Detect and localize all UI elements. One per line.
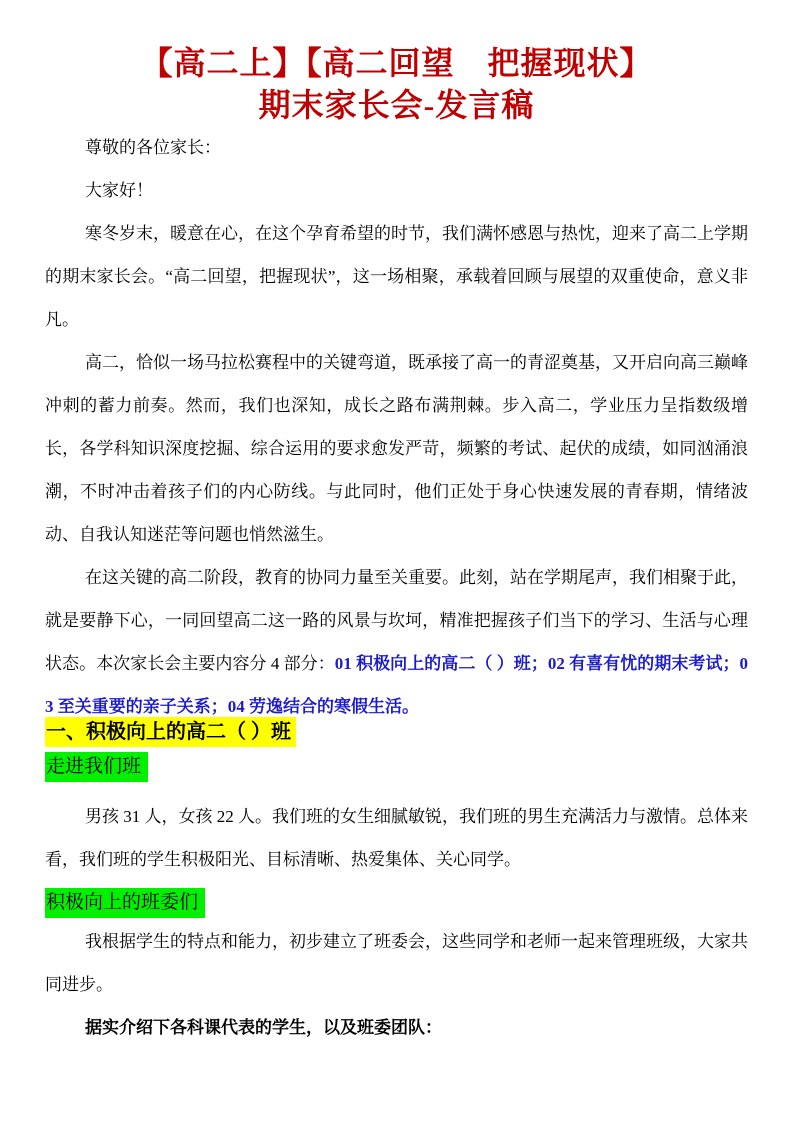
document-content: 【高二上】【高二回望 把握现状】 期末家长会-发言稿 尊敬的各位家长： 大家好！… xyxy=(0,42,793,1049)
subheading-meet-our-class-highlight: 走进我们班 xyxy=(45,752,148,782)
document-page: 【高二上】【高二回望 把握现状】 期末家长会-发言稿 尊敬的各位家长： 大家好！… xyxy=(0,0,793,1122)
document-title-line2: 期末家长会-发言稿 xyxy=(45,84,748,126)
document-title: 【高二上】【高二回望 把握现状】 期末家长会-发言稿 xyxy=(45,42,748,126)
committee-intro-bold-note: 据实介绍下各科课代表的学生，以及班委团队： xyxy=(45,1006,748,1049)
intro-paragraph-2: 高二，恰似一场马拉松赛程中的关键弯道，既承接了高一的青涩奠基，又开启向高三巅峰冲… xyxy=(45,341,748,556)
hello-line: 大家好！ xyxy=(45,169,748,212)
section-1-heading-highlight: 一、积极向上的高二（ ）班 xyxy=(45,717,296,747)
intro-paragraph-3: 在这关键的高二阶段，教育的协同力量至关重要。此刻，站在学期尾声，我们相聚于此，就… xyxy=(45,556,748,728)
salutation-line: 尊敬的各位家长： xyxy=(45,126,748,169)
subheading-class-committee: 积极向上的班委们 xyxy=(45,888,748,918)
intro-paragraph-1: 寒冬岁末，暖意在心，在这个孕育希望的时节，我们满怀感恩与热忱，迎来了高二上学期的… xyxy=(45,212,748,341)
subheading-class-committee-highlight: 积极向上的班委们 xyxy=(45,888,205,918)
committee-paragraph: 我根据学生的特点和能力，初步建立了班委会，这些同学和老师一起来管理班级，大家共同… xyxy=(45,920,748,1006)
class-profile-paragraph: 男孩 31 人，女孩 22 人。我们班的女生细腻敏锐，我们班的男生充满活力与激情… xyxy=(45,795,748,881)
document-title-line1: 【高二上】【高二回望 把握现状】 xyxy=(45,42,748,84)
subheading-meet-our-class: 走进我们班 xyxy=(45,752,748,782)
